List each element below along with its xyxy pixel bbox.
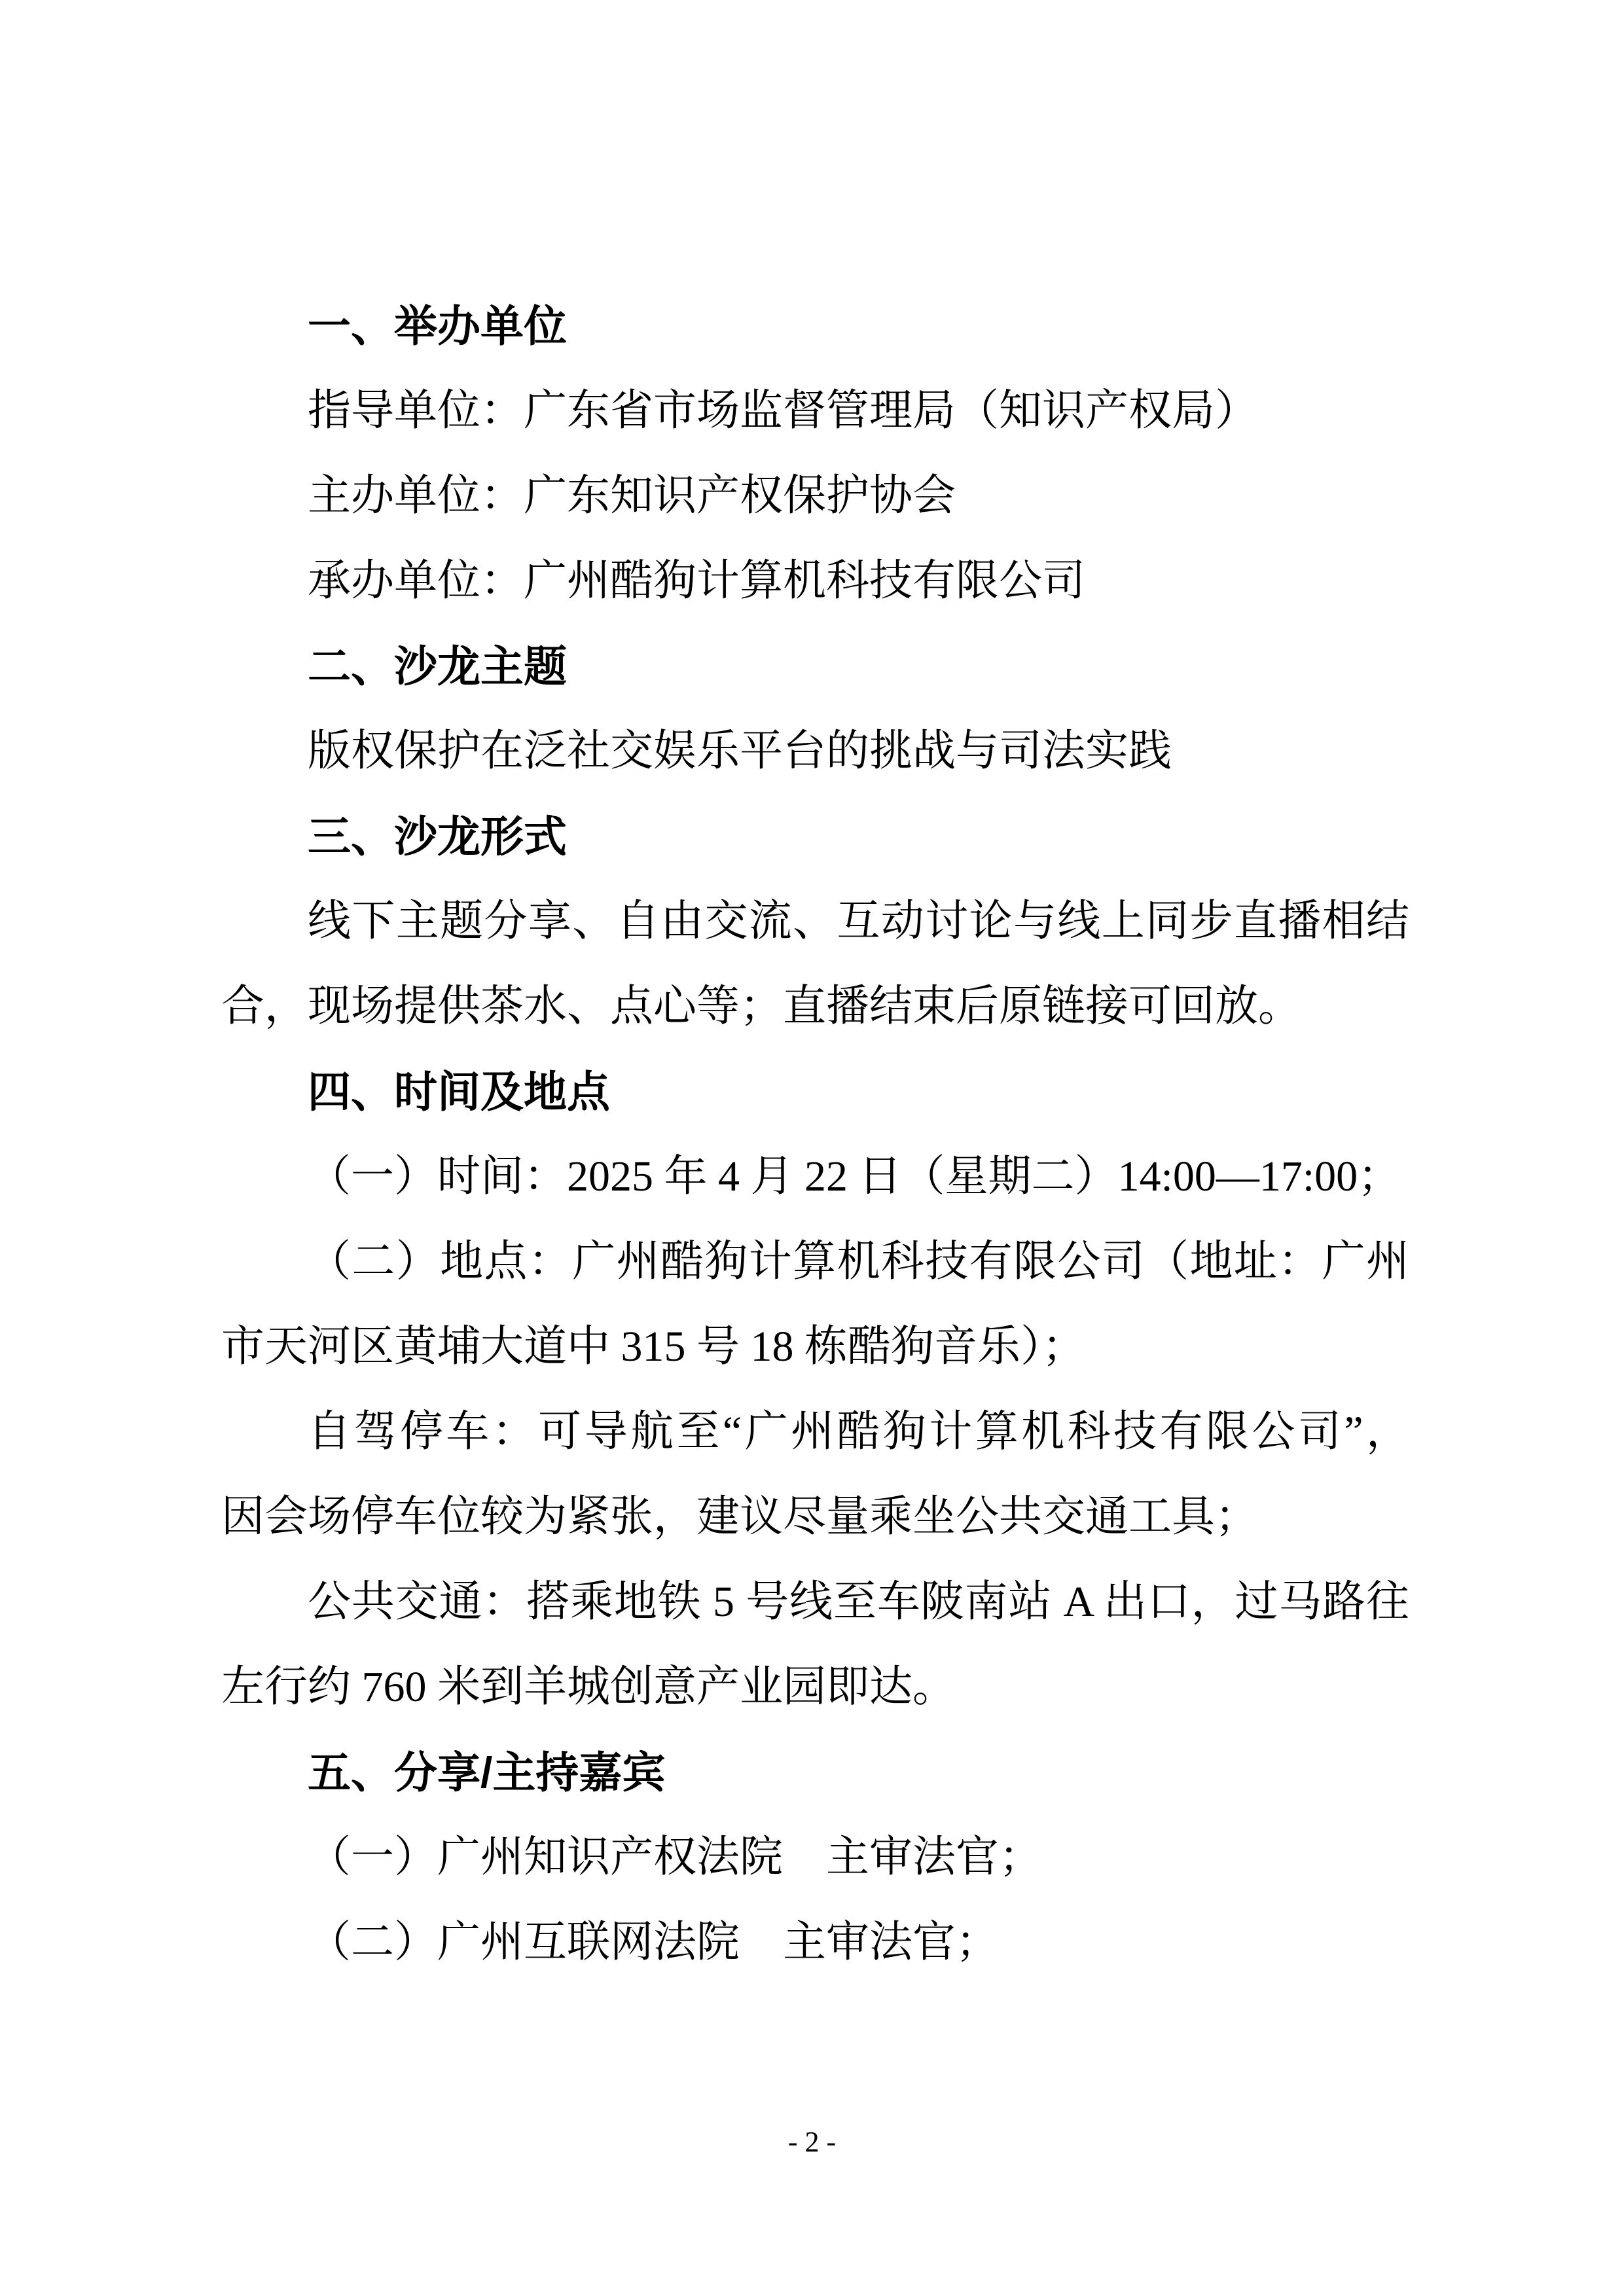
text-line-transit-1: 公共交通：搭乘地铁 5 号线至车陂南站 A 出口，过马路往 <box>221 1560 1409 1645</box>
text-line-format-2: 合，现场提供茶水、点心等；直播结束后原链接可回放。 <box>221 964 1409 1049</box>
text-line-guest-1: （一）广州知识产权法院 主审法官； <box>221 1815 1409 1900</box>
text-line-guidance-unit: 指导单位：广东省市场监督管理局（知识产权局） <box>221 368 1409 454</box>
document-page: 一、举办单位 指导单位：广东省市场监督管理局（知识产权局） 主办单位：广东知识产… <box>0 0 1624 2296</box>
section-heading-time-location: 四、时间及地点 <box>221 1049 1409 1134</box>
text-line-location-1: （二）地点：广州酷狗计算机科技有限公司（地址：广州 <box>221 1219 1409 1304</box>
text-line-transit-2: 左行约 760 米到羊城创意产业园即达。 <box>221 1645 1409 1730</box>
text-line-parking-1: 自驾停车：可导航至“广州酷狗计算机科技有限公司”， <box>221 1390 1409 1475</box>
section-heading-guests: 五、分享/主持嘉宾 <box>221 1730 1409 1815</box>
text-line-location-2: 市天河区黄埔大道中 315 号 18 栋酷狗音乐）； <box>221 1304 1409 1390</box>
section-heading-salon-format: 三、沙龙形式 <box>221 794 1409 879</box>
text-line-format-1: 线下主题分享、自由交流、互动讨论与线上同步直播相结 <box>221 879 1409 964</box>
document-body: 一、举办单位 指导单位：广东省市场监督管理局（知识产权局） 主办单位：广东知识产… <box>221 283 1409 1985</box>
text-line-theme: 版权保护在泛社交娱乐平台的挑战与司法实践 <box>221 709 1409 794</box>
page-number: - 2 - <box>0 2119 1624 2165</box>
text-line-time: （一）时间：2025 年 4 月 22 日（星期二）14:00—17:00； <box>221 1134 1409 1219</box>
text-line-guest-2: （二）广州互联网法院 主审法官； <box>221 1900 1409 1985</box>
text-line-undertaking-unit: 承办单位：广州酷狗计算机科技有限公司 <box>221 539 1409 624</box>
text-line-parking-2: 因会场停车位较为紧张，建议尽量乘坐公共交通工具； <box>221 1475 1409 1560</box>
section-heading-salon-theme: 二、沙龙主题 <box>221 624 1409 709</box>
section-heading-organizers: 一、举办单位 <box>221 283 1409 368</box>
text-line-host-unit: 主办单位：广东知识产权保护协会 <box>221 454 1409 539</box>
